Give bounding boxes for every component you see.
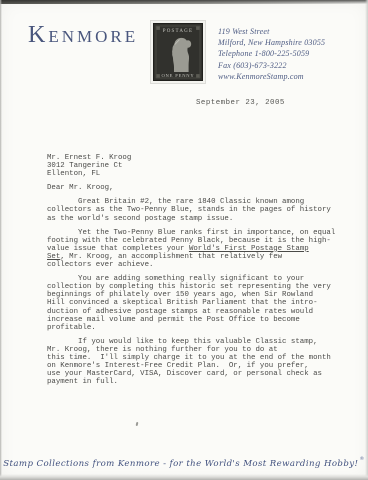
body-line: beginnings of philately over 150 years a… (47, 291, 339, 299)
body-line: Great Britain #2, the rare 1840 Classic … (47, 198, 339, 206)
body-line: as the world's second postage stamp issu… (47, 215, 339, 223)
body-line: You are adding something really signific… (47, 275, 339, 283)
underlined-phrase: Set (47, 253, 60, 261)
recipient-street: 3012 Tangerine Ct (47, 162, 339, 170)
body-line: increase mail volume and permit the Post… (47, 316, 339, 324)
scan-edge-left (0, 0, 2, 480)
body-line: collectors as the Two-Penny Blue, stands… (47, 206, 339, 214)
body-line: Mr. Kroog, there is nothing further for … (47, 346, 339, 354)
address-line: 119 West Street (218, 26, 325, 37)
body-line: collectors ever achieve. (47, 261, 339, 269)
stamp-one-penny-label: ONE PENNY (161, 73, 194, 78)
company-logo: Kenmore (28, 22, 138, 49)
address-line: Milford, New Hampshire 03055 (218, 37, 325, 48)
paragraph-4: If you would like to keep this valuable … (47, 338, 339, 387)
body-line: footing with the celebrated Penny Black,… (47, 237, 339, 245)
penny-black-stamp-image: POSTAGE ONE PENNY (150, 20, 206, 84)
body-line: Hill convinced a skeptical British Parli… (47, 299, 339, 307)
body-line: duction of adhesive postage stamps at re… (47, 308, 339, 316)
registered-trademark-symbol: ® (359, 456, 364, 462)
salutation: Dear Mr. Kroog, (47, 184, 339, 192)
stamp-graphic: POSTAGE ONE PENNY (150, 20, 206, 84)
paragraph-1: Great Britain #2, the rare 1840 Classic … (47, 198, 339, 222)
body-line: Set, Mr. Kroog, an accomplishment that r… (47, 253, 339, 261)
body-text: , Mr. Kroog, an accomplishment that rela… (60, 253, 282, 261)
body-line: value issue that completes your World's … (47, 245, 339, 253)
underlined-phrase: World's First Postage Stamp (189, 245, 309, 253)
body-text: value issue that completes your (47, 245, 189, 253)
address-line: Fax (603)-673-3222 (218, 60, 325, 71)
paragraph-2: Yet the Two-Penny Blue ranks first in im… (47, 229, 339, 269)
paragraph-3: You are adding something really signific… (47, 275, 339, 332)
letter-date: September 23, 2005 (196, 99, 285, 107)
scan-edge-bottom (0, 474, 368, 480)
body-line: payment in full. (47, 378, 339, 386)
scan-edge-top (0, 0, 368, 4)
body-line: Yet the Two-Penny Blue ranks first in im… (47, 229, 339, 237)
body-line: on Kenmore's Interest-Free Credit Plan. … (47, 362, 339, 370)
hair-bun-shape (185, 40, 191, 48)
body-line: profitable. (47, 324, 339, 332)
body-line: use your MasterCard, VISA, Discover card… (47, 370, 339, 378)
letter-body: Mr. Ernest F. Kroog 3012 Tangerine Ct El… (47, 154, 339, 392)
address-line: Telephone 1-800-225-5059 (218, 48, 325, 59)
body-line: collection by completing this historic s… (47, 283, 339, 291)
footer-tagline: Stamp Collections from Kenmore - for the… (0, 456, 368, 469)
stamp-postage-label: POSTAGE (163, 29, 194, 34)
recipient-city: Ellenton, FL (47, 170, 339, 178)
recipient-address-block: Mr. Ernest F. Kroog 3012 Tangerine Ct El… (47, 154, 339, 178)
recipient-name: Mr. Ernest F. Kroog (47, 154, 339, 162)
body-line: this time. I'll simply charge it to you … (47, 354, 339, 362)
company-website-text: www.KenmoreStamp.com (218, 71, 325, 82)
tagline-text: Stamp Collections from Kenmore - for the… (3, 459, 358, 469)
scanned-letter: Kenmore POSTAGE ONE PENNY 119 West Stree… (0, 0, 368, 480)
company-address-block: 119 West Street Milford, New Hampshire 0… (218, 26, 325, 82)
scan-speck (136, 422, 139, 426)
body-line: If you would like to keep this valuable … (47, 338, 339, 346)
